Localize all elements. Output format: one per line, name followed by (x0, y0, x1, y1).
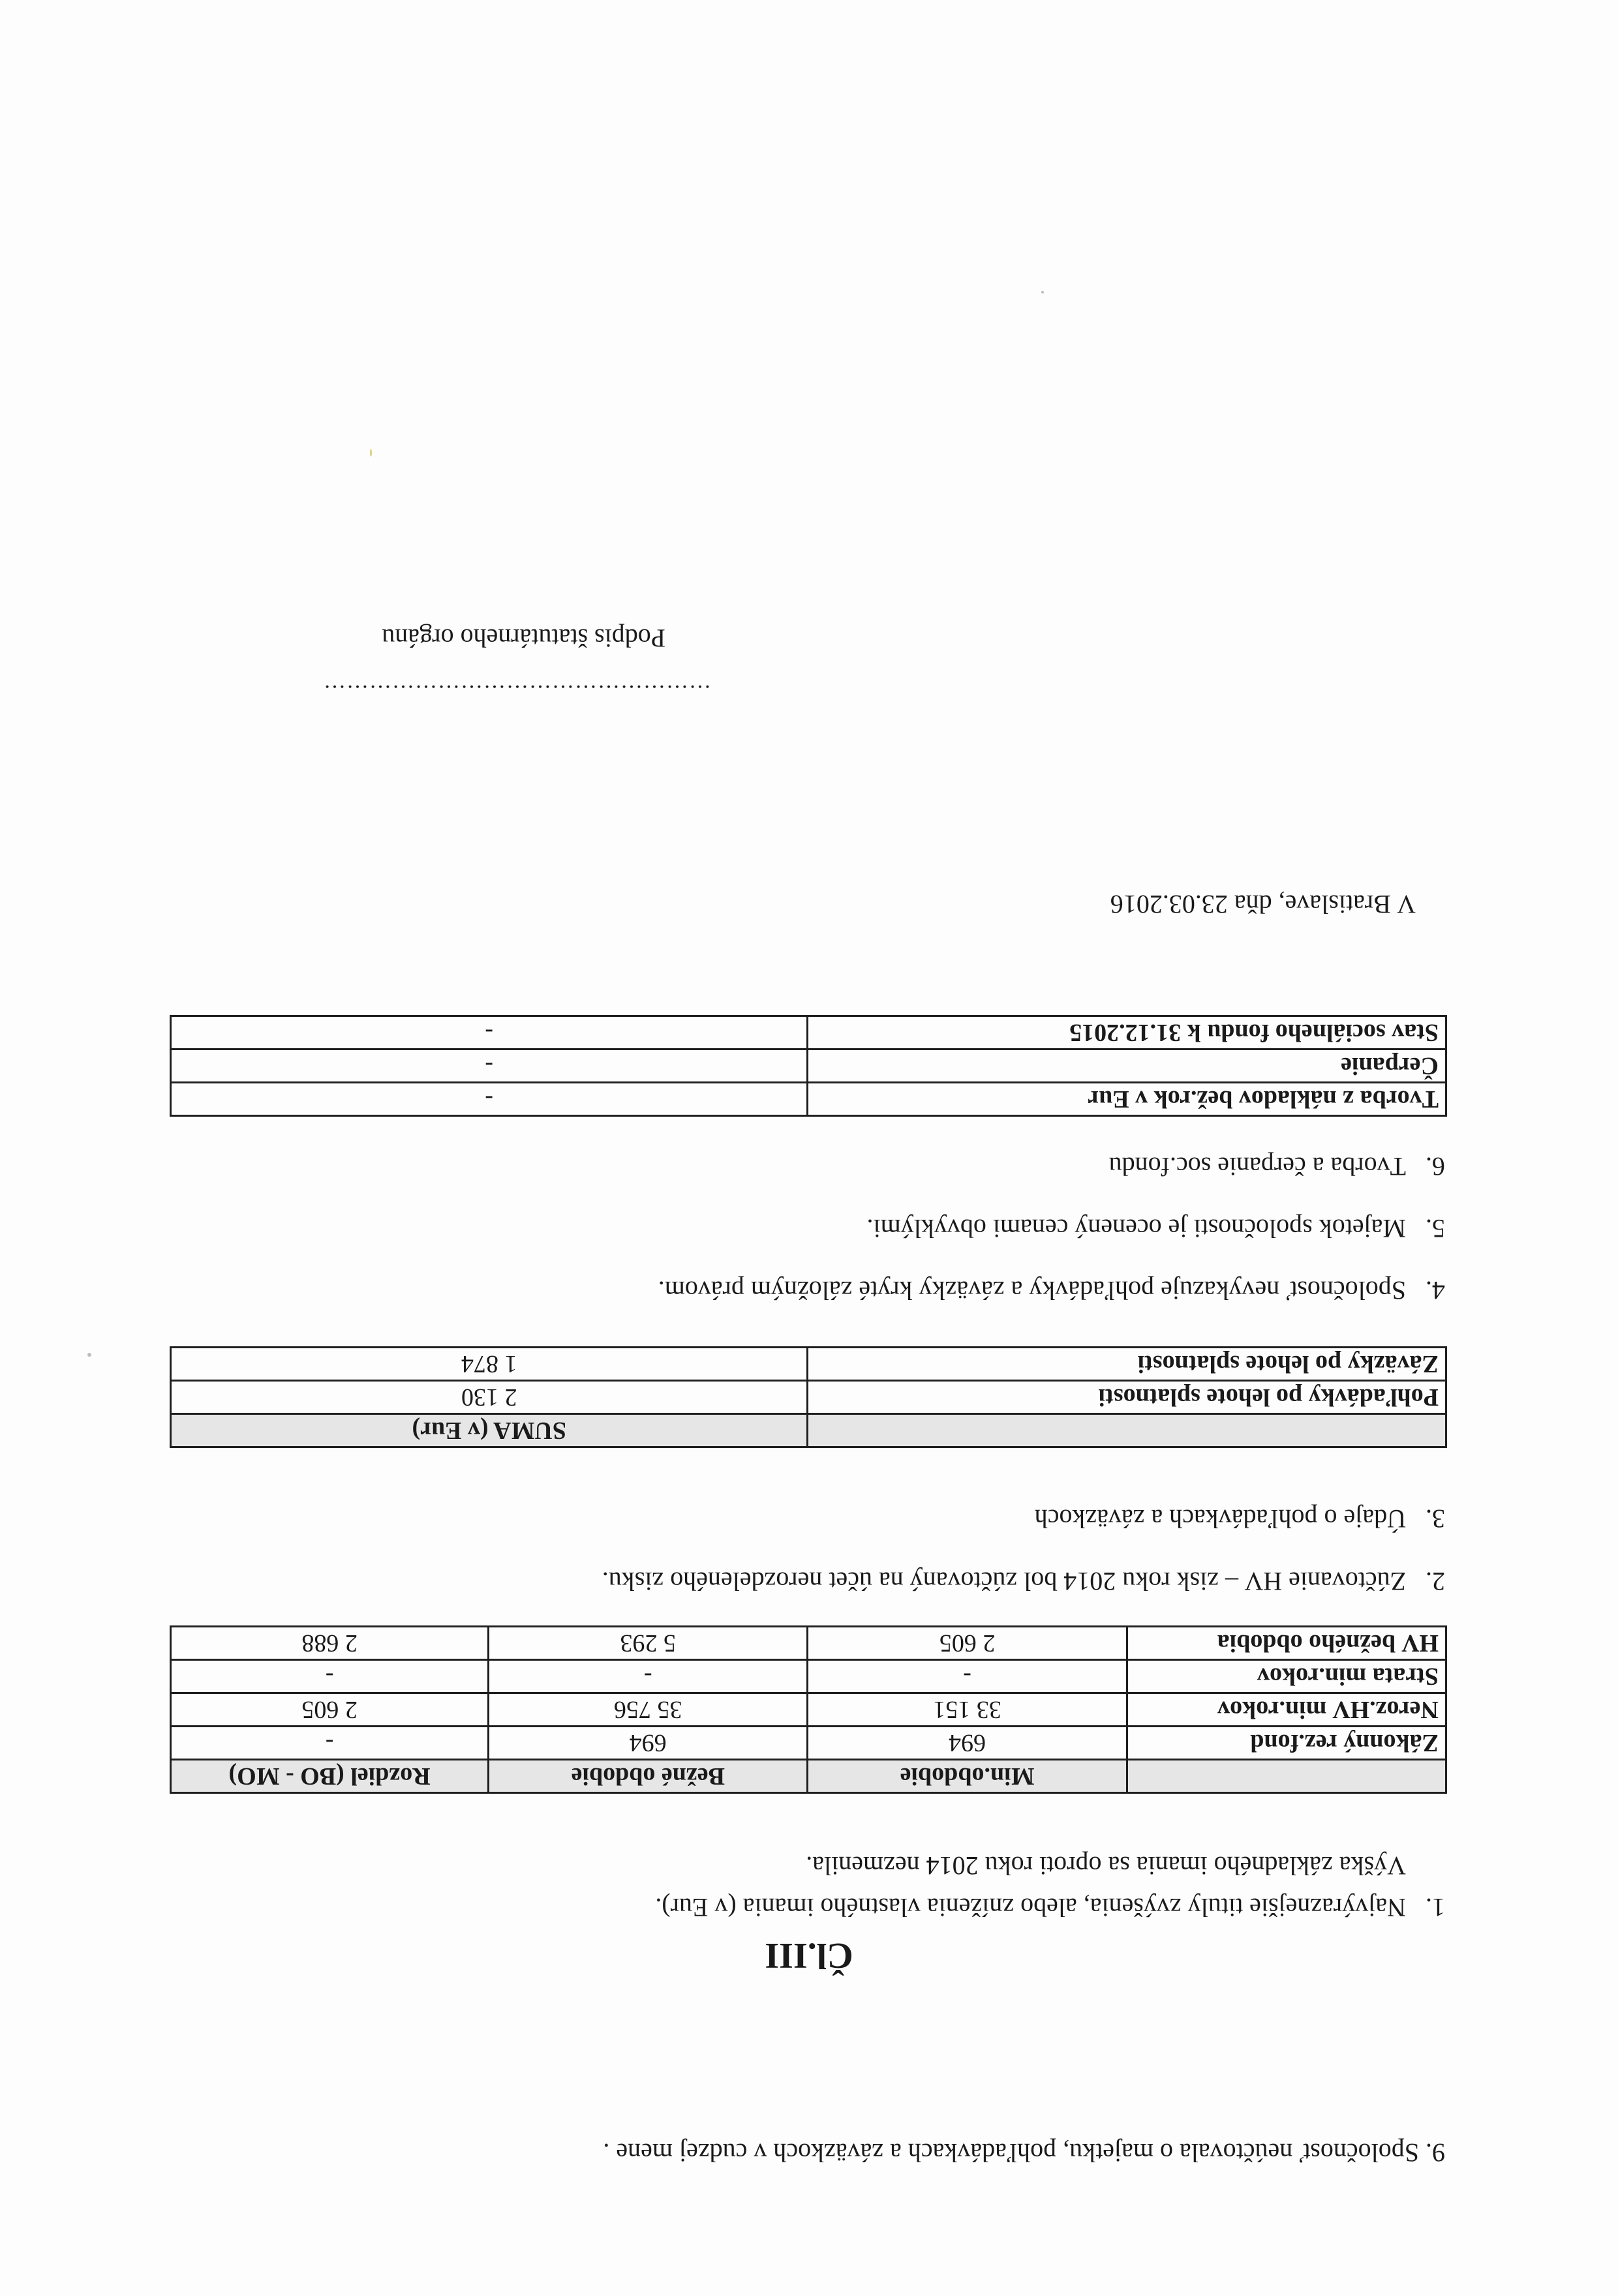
scan-speck (1041, 291, 1044, 294)
table-row: Zákonný rez.fond 694 694 - (171, 1727, 1446, 1760)
item-1-number: 1. (1406, 1892, 1445, 1923)
cell-value: - (171, 1727, 489, 1760)
header-cell (1127, 1760, 1446, 1793)
equity-table: Min.obdobie Bežné obdobie Rozdiel (BO - … (170, 1625, 1447, 1794)
social-fund-table: Tvorba z nákladov bež.rok v Eur - Čerpan… (170, 1015, 1447, 1117)
cell-value: - (171, 1083, 808, 1116)
section-title: Čl.III (0, 1935, 1618, 1976)
table-row: Tvorba z nákladov bež.rok v Eur - (171, 1083, 1446, 1116)
item-6: 6.Tvorba a čerpanie soc.fondu (1109, 1151, 1445, 1182)
row-label: Pohľadávky po lehote splatnosti (808, 1381, 1446, 1414)
header-cell (808, 1414, 1446, 1447)
table-row: Čerpanie - (171, 1050, 1446, 1083)
table-row: Záväzky po lehote splatnosti 1 874 (171, 1348, 1446, 1381)
cell-value: 5 293 (489, 1627, 808, 1660)
cell-value: 33 151 (808, 1693, 1127, 1727)
cell-value: 2 605 (171, 1693, 489, 1727)
table-row: HV bežného obdobia 2 605 5 293 2 688 (171, 1627, 1446, 1660)
equity-table-header: Min.obdobie Bežné obdobie Rozdiel (BO - … (171, 1760, 1446, 1793)
receivables-table-header: SUMA (v Eur) (171, 1414, 1446, 1447)
scan-speck (87, 1353, 91, 1357)
header-cell: Min.obdobie (808, 1760, 1127, 1793)
cell-value: 1 874 (171, 1348, 808, 1381)
row-label: Neroz.HV min.rokov (1127, 1693, 1446, 1727)
item-1-note: Výška základného imania sa oproti roku 2… (806, 1850, 1406, 1881)
cell-value: - (171, 1050, 808, 1083)
cell-value: 2 130 (171, 1381, 808, 1414)
row-label: Tvorba z nákladov bež.rok v Eur (808, 1083, 1446, 1116)
cell-value: - (171, 1016, 808, 1050)
scan-speck (370, 449, 372, 457)
signature-label: Podpis štatutárneho orgánu (382, 622, 665, 654)
receivables-table: SUMA (v Eur) Pohľadávky po lehote splatn… (170, 1346, 1447, 1448)
cell-value: 694 (808, 1727, 1127, 1760)
item-5-text: Majetok spoločnosti je ocenený cenami ob… (867, 1214, 1406, 1243)
row-label: HV bežného obdobia (1127, 1627, 1446, 1660)
item-4: 4.Spoločnosť nevykazuje pohľadávky a záv… (658, 1275, 1445, 1306)
item-3-text: Údaje o pohľadávkach a záväzkoch (1035, 1504, 1406, 1533)
place-date: V Bratislave, dňa 23.03.2016 (1110, 888, 1416, 920)
item-2-number: 2. (1406, 1565, 1445, 1597)
cell-value: 2 605 (808, 1627, 1127, 1660)
item-6-number: 6. (1406, 1151, 1445, 1182)
item-1: 1.Najvýraznejšie tituly zvýšenia, alebo … (655, 1892, 1445, 1923)
row-label: Zákonný rez.fond (1127, 1727, 1446, 1760)
item-4-text: Spoločnosť nevykazuje pohľadávky a záväz… (658, 1276, 1406, 1305)
cell-value: 694 (489, 1727, 808, 1760)
item-3: 3.Údaje o pohľadávkach a záväzkoch (1035, 1503, 1445, 1534)
item-3-number: 3. (1406, 1503, 1445, 1534)
row-label: Čerpanie (808, 1050, 1446, 1083)
header-cell: Rozdiel (BO - MO) (171, 1760, 489, 1793)
item-5-number: 5. (1406, 1213, 1445, 1244)
table-row: Pohľadávky po lehote splatnosti 2 130 (171, 1381, 1446, 1414)
item-9-text: 9. Spoločnosť neúčtovala o majetku, pohľ… (603, 2137, 1445, 2168)
item-2: 2.Zúčtovanie HV – zisk roku 2014 bol zúč… (602, 1565, 1445, 1597)
signature-line: …………………………………………… (323, 680, 711, 704)
header-cell: SUMA (v Eur) (171, 1414, 808, 1447)
item-2-text: Zúčtovanie HV – zisk roku 2014 bol zúčto… (602, 1567, 1406, 1596)
cell-value: - (489, 1660, 808, 1693)
cell-value: 2 688 (171, 1627, 489, 1660)
document-page: 9. Spoločnosť neúčtovala o majetku, pohľ… (0, 0, 1618, 2296)
item-4-number: 4. (1406, 1275, 1445, 1306)
table-row: Strata min.rokov - - - (171, 1660, 1446, 1693)
cell-value: 35 756 (489, 1693, 808, 1727)
header-cell: Bežné obdobie (489, 1760, 808, 1793)
item-5: 5.Majetok spoločnosti je ocenený cenami … (867, 1213, 1445, 1244)
row-label: Stav sociálneho fondu k 31.12.2015 (808, 1016, 1446, 1050)
table-row: Neroz.HV min.rokov 33 151 35 756 2 605 (171, 1693, 1446, 1727)
item-1-text: Najvýraznejšie tituly zvýšenia, alebo zn… (655, 1893, 1406, 1922)
row-label: Strata min.rokov (1127, 1660, 1446, 1693)
item-6-text: Tvorba a čerpanie soc.fondu (1109, 1152, 1406, 1181)
cell-value: - (171, 1660, 489, 1693)
cell-value: - (808, 1660, 1127, 1693)
row-label: Záväzky po lehote splatnosti (808, 1348, 1446, 1381)
table-row: Stav sociálneho fondu k 31.12.2015 - (171, 1016, 1446, 1050)
